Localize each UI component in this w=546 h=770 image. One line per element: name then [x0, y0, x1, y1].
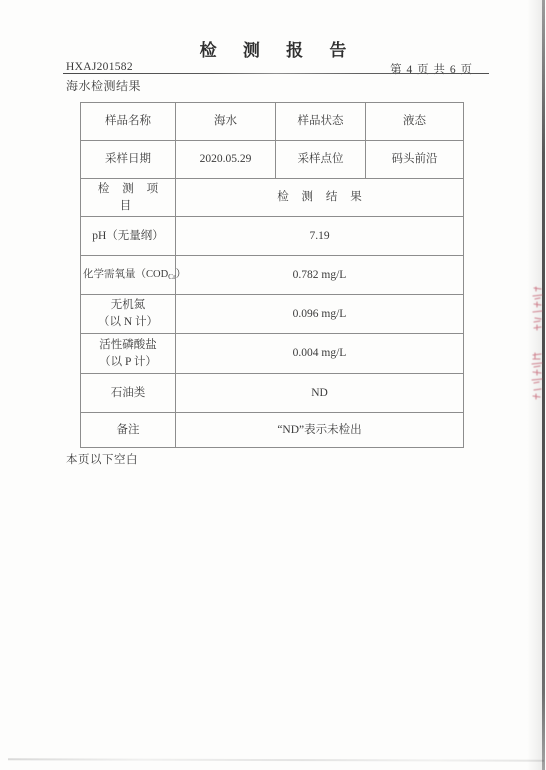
phosphate-label-line1: 活性磷酸盐	[83, 337, 173, 354]
ph-label: pH（无量纲）	[81, 217, 176, 256]
sampling-point-label: 采样点位	[276, 141, 366, 179]
table-row: 检 测 项 目 检 测 结 果	[81, 179, 464, 217]
cod-label-suffix: ）	[176, 269, 187, 280]
petroleum-value: ND	[176, 374, 464, 413]
report-number: HXAJ201582	[66, 61, 133, 73]
sampling-date-value: 2020.05.29	[176, 141, 276, 179]
report-title: 检 测 报 告	[0, 36, 546, 61]
cod-label-subscript: Cr	[168, 272, 176, 281]
ph-value: 7.19	[176, 217, 464, 256]
sample-state-label: 样品状态	[276, 103, 366, 141]
sample-name-value: 海水	[176, 103, 276, 141]
inorganic-nitrogen-value: 0.096 mg/L	[176, 295, 464, 334]
results-table: 样品名称 海水 样品状态 液态 采样日期 2020.05.29 采样点位 码头前…	[80, 102, 464, 448]
inorganic-nitrogen-label-line2: （以 N 计）	[83, 314, 173, 331]
phosphate-label: 活性磷酸盐 （以 P 计）	[81, 334, 176, 374]
section-title: 海水检测结果	[66, 77, 141, 94]
red-stamp-fragment-icon	[531, 286, 544, 332]
remark-value: “ND”表示未检出	[176, 413, 464, 448]
inorganic-nitrogen-label: 无机氮 （以 N 计）	[81, 295, 176, 334]
header-divider	[63, 73, 489, 74]
table-row: 无机氮 （以 N 计） 0.096 mg/L	[81, 295, 464, 334]
phosphate-label-line2: （以 P 计）	[83, 354, 173, 371]
red-stamp-fragment-icon	[530, 352, 544, 400]
test-item-header: 检 测 项 目	[81, 179, 176, 217]
sample-name-label: 样品名称	[81, 103, 176, 141]
table-row: 采样日期 2020.05.29 采样点位 码头前沿	[81, 141, 464, 179]
remark-label: 备注	[81, 413, 176, 448]
table-row: 备注 “ND”表示未检出	[81, 413, 464, 448]
table-row: 化学需氧量（CODCr） 0.782 mg/L	[81, 256, 464, 295]
test-result-header: 检 测 结 果	[176, 179, 464, 217]
page-number-indicator: 第 4 页 共 6 页	[390, 61, 473, 77]
inorganic-nitrogen-label-line1: 无机氮	[83, 297, 173, 314]
cod-value: 0.782 mg/L	[176, 256, 464, 295]
phosphate-value: 0.004 mg/L	[176, 334, 464, 374]
scanned-report-page: 检 测 报 告 HXAJ201582 第 4 页 共 6 页 海水检测结果 样品…	[0, 0, 546, 770]
cod-label: 化学需氧量（CODCr）	[81, 256, 176, 295]
table-row: 石油类 ND	[81, 374, 464, 413]
table-row: 活性磷酸盐 （以 P 计） 0.004 mg/L	[81, 334, 464, 374]
table-row: 样品名称 海水 样品状态 液态	[81, 103, 464, 141]
cod-label-prefix: 化学需氧量（COD	[83, 269, 168, 280]
sampling-date-label: 采样日期	[81, 141, 176, 179]
blank-below-note: 本页以下空白	[66, 451, 138, 467]
table-row: pH（无量纲） 7.19	[81, 217, 464, 256]
sampling-point-value: 码头前沿	[366, 141, 464, 179]
sample-state-value: 液态	[366, 103, 464, 141]
petroleum-label: 石油类	[81, 374, 176, 413]
scan-bottom-edge-line	[8, 758, 544, 761]
